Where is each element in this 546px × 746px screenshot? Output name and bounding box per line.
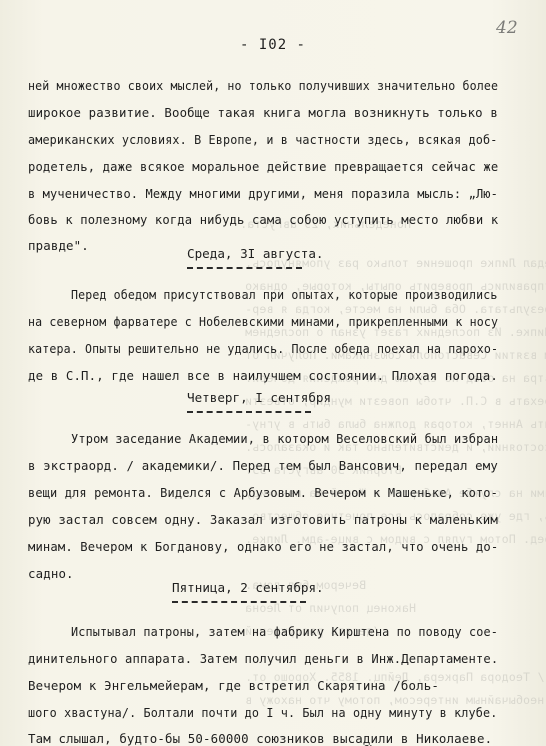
text-line: широкое развитие. Вообще такая книга мог… [28, 105, 498, 120]
text-line: де в С.П., где нашел все в наилучшем сос… [28, 368, 498, 383]
entry-heading: Среда, 3I августа. [187, 246, 323, 261]
text-line: Перед обедом присутствовал при опытах, к… [71, 287, 497, 302]
text-line: шого хвастуна/. Болтали почти до I ч. Бы… [28, 705, 497, 720]
bleed-line: Наконец получил от Леона [245, 601, 416, 615]
page-number: - I02 - [0, 37, 546, 53]
archive-folio-number: 42 [496, 18, 518, 38]
text-line: правде". [28, 238, 89, 253]
text-line: Там слышал, будто-бы 50-60000 союзников … [28, 731, 492, 746]
text-line: американских условиях. В Европе, и в час… [28, 132, 497, 147]
text-line: вещи для ремонта. Виделся с Арбузовым. В… [28, 485, 498, 500]
text-line: на северном фарватере с Нобелевскими мин… [28, 314, 498, 329]
text-line: в мученичество. Между многими другими, м… [28, 186, 498, 201]
heading-underline [172, 601, 306, 603]
typed-insertion: сь [363, 742, 376, 746]
heading-underline [187, 411, 311, 413]
text-line: минам. Вечером к Богданову, однако его н… [28, 539, 498, 554]
text-line: катера. Опыты решительно не удались. Пос… [28, 341, 498, 356]
text-line: в экстраорд. / академики/. Перед тем был… [28, 458, 498, 473]
text-line: родетель, даже всякое моральное действие… [28, 159, 498, 174]
bleed-line: чтобы немного утешить Аннет, которая дол… [245, 417, 546, 431]
entry-heading: Пятница, 2 сентября. [172, 580, 324, 595]
text-line: динительного аппарата. Затем получил ден… [28, 651, 498, 666]
text-line: Вечером к Энгельмейерам, где встретил Ск… [28, 678, 439, 693]
text-line: садно. [28, 566, 74, 581]
heading-underline [187, 267, 302, 269]
text-line: рую застал совсем одну. Заказал изготови… [28, 512, 498, 527]
text-line: Испытывал патроны, затем на фабрику Кирш… [71, 624, 498, 639]
entry-heading: Четверг, I сентября [187, 390, 331, 405]
text-line: Утром заседание Академии, в котором Весе… [71, 431, 498, 446]
document-page: Понедельник, 29 августа. Передал Липке п… [0, 0, 546, 746]
text-line: ней множество своих мыслей, но только по… [28, 78, 498, 93]
text-line: бовь к полезному когда нибудь сама собою… [28, 212, 498, 227]
